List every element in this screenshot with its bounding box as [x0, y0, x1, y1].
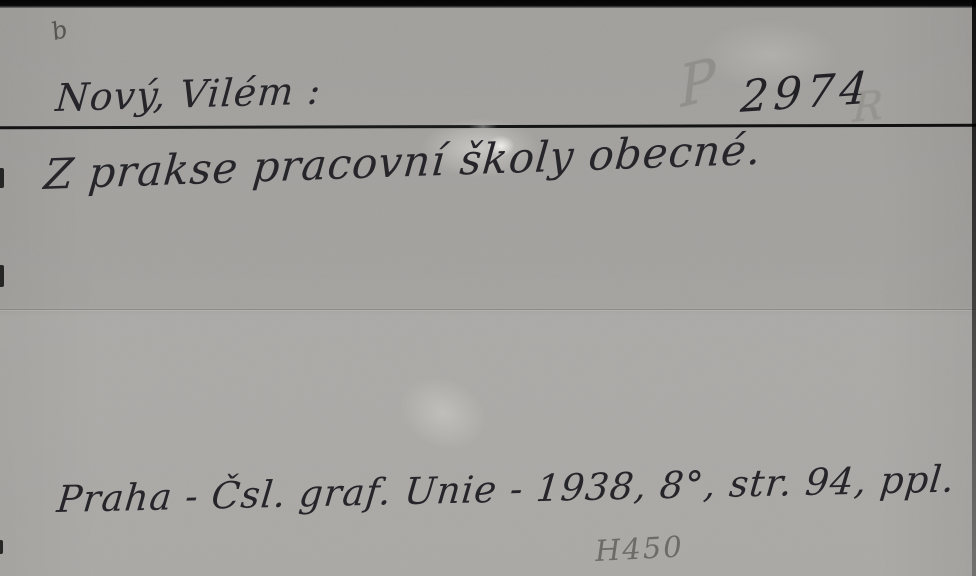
scan-edge-mark — [0, 540, 3, 554]
scan-edge-mark — [0, 168, 4, 188]
horizontal-crease — [0, 309, 976, 310]
imprint-line: Praha - Čsl. graf. Unie - 1938, 8°, str.… — [55, 458, 957, 521]
book-title: Z prakse pracovní školy obecné. — [42, 125, 764, 199]
catalog-card-scan: b Nový, Vilém : P 2974 R Z prakse pracov… — [0, 0, 976, 576]
ruled-line — [0, 124, 976, 130]
scan-border-top — [0, 0, 976, 8]
scan-edge-mark — [0, 265, 4, 287]
corner-pencil-mark: b — [48, 15, 71, 46]
pencil-note: H450 — [594, 529, 684, 568]
pencil-prefix-mark: P — [677, 46, 719, 121]
pencil-suffix-mark: R — [852, 82, 885, 132]
author-heading: Nový, Vilém : — [54, 68, 323, 120]
paper-wrinkle — [388, 363, 499, 464]
scan-border-right — [972, 0, 976, 576]
